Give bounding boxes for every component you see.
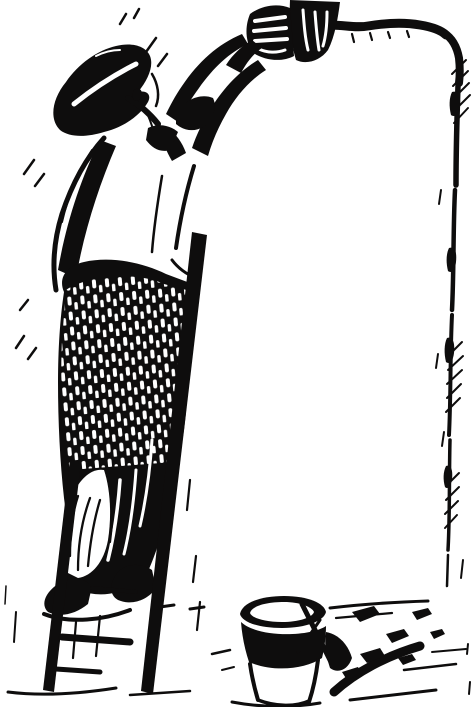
illustration-stage <box>0 0 474 707</box>
frame-right-edge-fade <box>447 555 448 586</box>
frame-top-bar <box>318 23 446 35</box>
paint-drips <box>352 31 409 42</box>
painter-figure <box>16 9 266 620</box>
painter-illustration <box>0 0 474 707</box>
brush-head <box>290 0 340 62</box>
ground-line-right <box>330 601 428 608</box>
frame-border <box>318 23 470 694</box>
face-profile-stroke <box>152 74 158 106</box>
frame-right-edge-3 <box>449 315 452 435</box>
left-boot <box>44 579 92 615</box>
bucket-side-shadow <box>325 632 352 671</box>
splatter-blobs <box>342 606 445 680</box>
frame-corner <box>444 33 460 83</box>
